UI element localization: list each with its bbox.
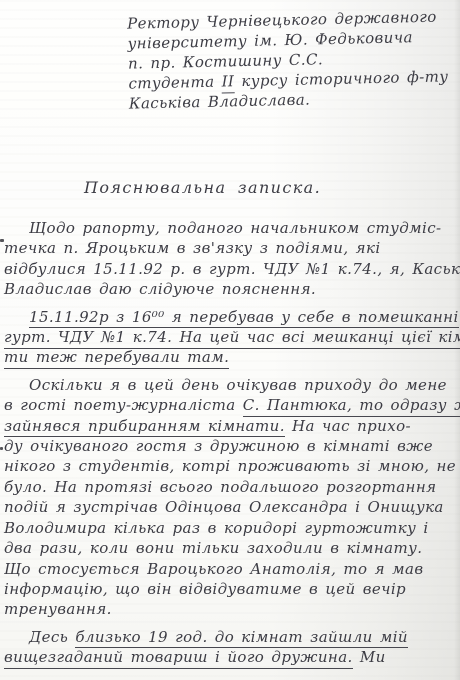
handwritten-text: Що стосується Вароцького Анатолія, то я … — [4, 560, 423, 578]
handwritten-line: Щодо рапорту, поданого начальником студм… — [4, 218, 460, 238]
handwritten-text: Ми — [353, 648, 386, 666]
handwritten-text: відбулися 15.11.92 р. в гурт. ЧДУ №1 к.7… — [4, 260, 460, 278]
handwritten-text: Щодо рапорту, поданого начальником студм… — [29, 219, 441, 237]
handwritten-line: вищезгаданий товариш і його дружина. Ми — [4, 647, 460, 667]
handwritten-line: відбулися 15.11.92 р. в гурт. ЧДУ №1 к.7… — [4, 259, 460, 279]
scanned-document-page: Ректору Чернівецького державногоуніверси… — [0, 0, 460, 680]
handwritten-line: 15.11.92р з 16⁰⁰ я перебував у себе в по… — [4, 307, 460, 327]
handwritten-text: Владислав даю слідуюче пояснення. — [4, 280, 316, 298]
underlined-text: близько 19 год. до кімнат зайшли мій — [75, 628, 408, 649]
handwritten-line: Владислав даю слідуюче пояснення. — [4, 279, 460, 299]
handwritten-text: курсу історичного ф-ту — [234, 67, 449, 90]
underlined-text: зайнявся прибиранням кімнати. — [4, 417, 285, 438]
handwritten-line: подій я зустрічав Одінцова Олександра і … — [4, 497, 460, 517]
handwritten-line: інформацію, що він відвідуватиме в цей в… — [4, 579, 460, 599]
handwritten-text: Володимира кілька раз в коридорі гуртожи… — [4, 519, 429, 537]
underlined-text: ти теж перебували там. — [4, 348, 229, 369]
handwritten-text: два рази, коли вони тільки заходили в кі… — [4, 539, 422, 557]
underlined-text: 15.11.92р з 16⁰⁰ я перебував у себе в по… — [29, 308, 459, 329]
handwritten-text: Оскільки я в цей день очікував приходу д… — [29, 376, 447, 394]
handwritten-line: ду очікуваного гостя з дружиною в кімнат… — [4, 436, 460, 456]
handwritten-line: ти теж перебували там. — [4, 347, 460, 367]
scan-edge-shadow — [454, 0, 460, 680]
scan-speck — [0, 447, 3, 450]
scan-speck — [0, 239, 4, 242]
handwritten-text: Каськіва Владислава. — [129, 91, 311, 113]
underlined-text: вищезгаданий товариш і його дружина. — [4, 648, 353, 669]
document-title: Пояснювальна записка. — [84, 178, 321, 197]
handwritten-line: течка п. Яроцьким в зв'язку з подіями, я… — [4, 238, 460, 258]
handwritten-line: Володимира кілька раз в коридорі гуртожи… — [4, 518, 460, 538]
handwritten-text: подій я зустрічав Одінцова Олександра і … — [4, 498, 444, 516]
underlined-text: II — [221, 72, 234, 93]
handwritten-text: було. На протязі всього подальшого розго… — [4, 478, 436, 496]
handwritten-text: Десь — [29, 628, 75, 646]
recipient-block: Ректору Чернівецького державногоуніверси… — [127, 6, 449, 113]
handwritten-text: тренування. — [4, 600, 112, 618]
handwritten-text: течка п. Яроцьким в зв'язку з подіями, я… — [4, 239, 381, 257]
handwritten-line: нікого з студентів, котрі проживають зі … — [4, 456, 460, 476]
handwritten-line: в гості поету-журналіста С. Пантюка, то … — [4, 395, 460, 415]
handwritten-text: нікого з студентів, котрі проживають зі … — [4, 457, 456, 475]
underlined-text: С. Пантюка, то одразу ж — [243, 396, 460, 417]
handwritten-text: інформацію, що він відвідуватиме в цей в… — [4, 580, 406, 598]
handwritten-line: два рази, коли вони тільки заходили в кі… — [4, 538, 460, 558]
handwritten-line: Десь близько 19 год. до кімнат зайшли мі… — [4, 627, 460, 647]
handwritten-line: Оскільки я в цей день очікував приходу д… — [4, 375, 460, 395]
underlined-text: гурт. ЧДУ №1 к.74. На цей час всі мешкан… — [4, 328, 460, 349]
handwritten-line: Що стосується Вароцького Анатолія, то я … — [4, 559, 460, 579]
handwritten-text: На час прихо- — [285, 417, 411, 435]
handwritten-line: зайнявся прибиранням кімнати. На час при… — [4, 416, 460, 436]
handwritten-line: було. На протязі всього подальшого розго… — [4, 477, 460, 497]
handwritten-line: тренування. — [4, 599, 460, 619]
document-body: Щодо рапорту, поданого начальником студм… — [4, 218, 460, 668]
handwritten-text: ду очікуваного гостя з дружиною в кімнат… — [4, 437, 433, 455]
handwritten-text: в гості поету-журналіста — [4, 396, 243, 414]
handwritten-text: студента — [128, 73, 222, 93]
handwritten-line: гурт. ЧДУ №1 к.74. На цей час всі мешкан… — [4, 327, 460, 347]
